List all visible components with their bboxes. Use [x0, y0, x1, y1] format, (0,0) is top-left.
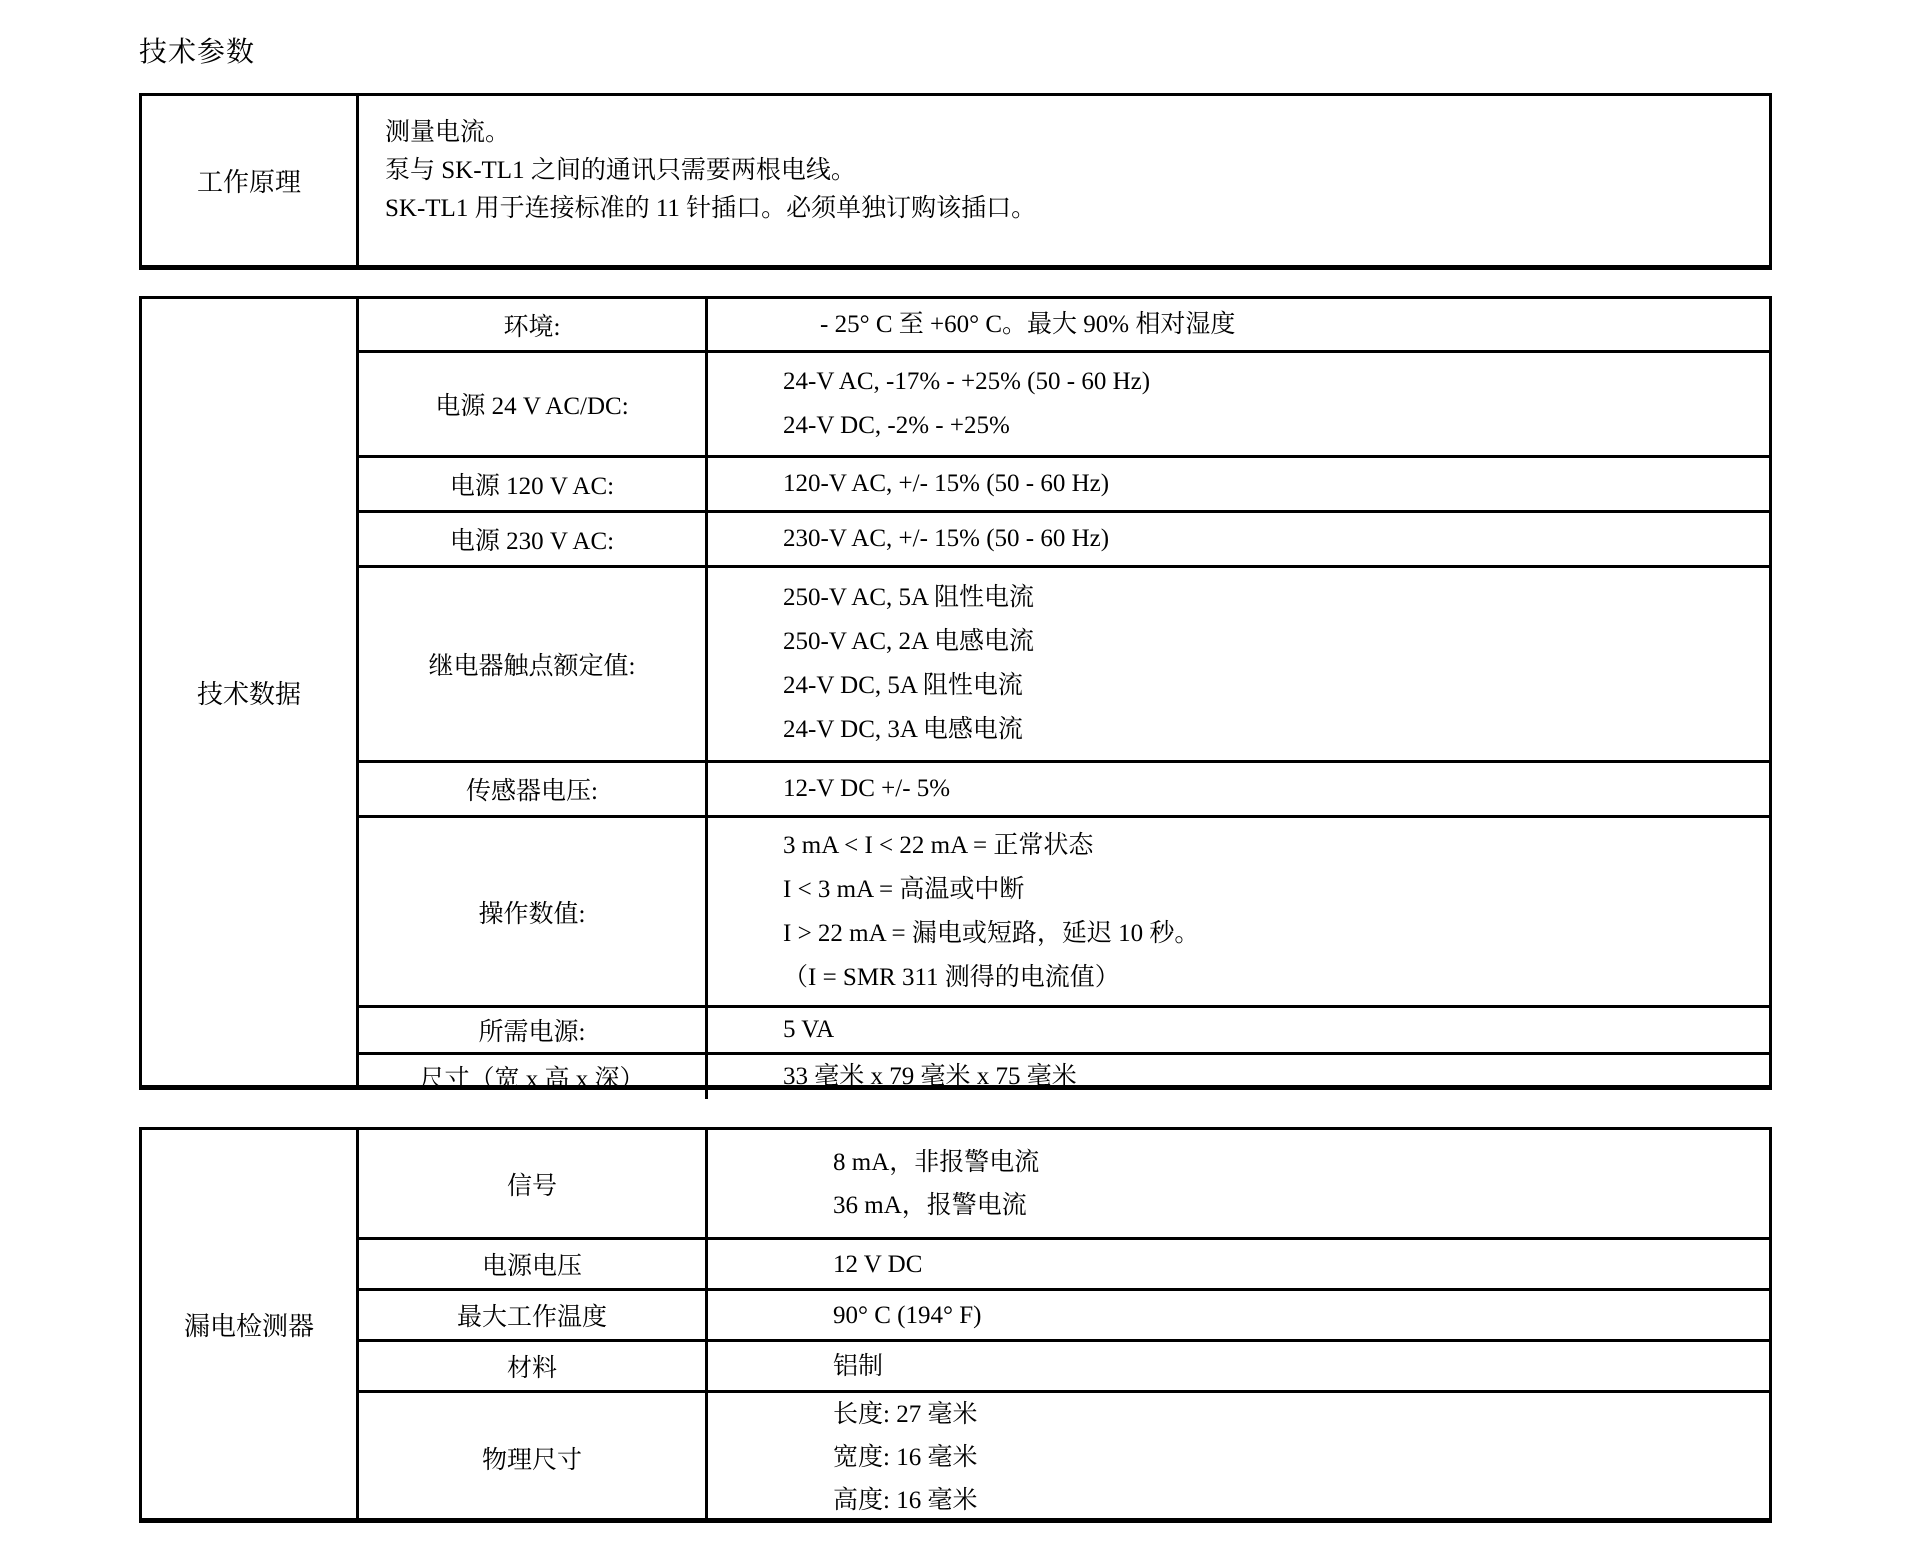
value-line: 高度: 16 毫米	[833, 1479, 1769, 1522]
table-row: 传感器电压:12-V DC +/- 5%	[359, 760, 1769, 815]
param-label: 材料	[359, 1342, 708, 1390]
leak-detector-table: 漏电检测器 信号8 mA，非报警电流36 mA，报警电流电源电压12 V DC最…	[139, 1127, 1772, 1523]
value-line: 230-V AC, +/- 15% (50 - 60 Hz)	[783, 517, 1769, 561]
param-value: 铝制	[708, 1342, 1769, 1390]
param-label: 环境:	[359, 299, 708, 350]
table-row: 环境:- 25° C 至 +60° C。最大 90% 相对湿度	[359, 299, 1769, 350]
value-line: 宽度: 16 毫米	[833, 1436, 1769, 1479]
param-value: 24-V AC, -17% - +25% (50 - 60 Hz)24-V DC…	[708, 353, 1769, 455]
param-label: 操作数值:	[359, 818, 708, 1005]
value-line: 24-V DC, -2% - +25%	[783, 404, 1769, 448]
table-row: 所需电源:5 VA	[359, 1005, 1769, 1052]
table-row: 材料铝制	[359, 1339, 1769, 1390]
param-label: 电源 120 V AC:	[359, 458, 708, 510]
value-line: 24-V DC, 5A 阻性电流	[783, 664, 1769, 708]
param-value: 长度: 27 毫米宽度: 16 毫米高度: 16 毫米	[708, 1393, 1769, 1522]
value-line: 12 V DC	[833, 1243, 1769, 1286]
table-rows: 信号8 mA，非报警电流36 mA，报警电流电源电压12 V DC最大工作温度9…	[359, 1130, 1769, 1518]
param-value: 90° C (194° F)	[708, 1291, 1769, 1339]
value-line: 8 mA，非报警电流	[833, 1141, 1769, 1184]
param-label: 物理尺寸	[359, 1393, 708, 1522]
value-line: 33 毫米 x 79 毫米 x 75 毫米	[783, 1055, 1769, 1099]
value-line: 250-V AC, 2A 电感电流	[783, 620, 1769, 664]
param-value: 12 V DC	[708, 1240, 1769, 1288]
param-label: 电源电压	[359, 1240, 708, 1288]
value-line: I < 3 mA = 高温或中断	[783, 868, 1769, 912]
table-row: 电源 120 V AC:120-V AC, +/- 15% (50 - 60 H…	[359, 455, 1769, 510]
value-line: 90° C (194° F)	[833, 1294, 1769, 1337]
table-row: 尺寸（宽 x 高 x 深）33 毫米 x 79 毫米 x 75 毫米	[359, 1052, 1769, 1099]
param-value: 8 mA，非报警电流36 mA，报警电流	[708, 1130, 1769, 1237]
principle-text-line: 泵与 SK-TL1 之间的通讯只需要两根电线。	[385, 152, 1759, 190]
working-principle-text: 测量电流。泵与 SK-TL1 之间的通讯只需要两根电线。SK-TL1 用于连接标…	[359, 96, 1769, 265]
principle-text-line: 测量电流。	[385, 114, 1759, 152]
value-line: 铝制	[833, 1345, 1769, 1388]
value-line: 12-V DC +/- 5%	[783, 767, 1769, 811]
table-row: 继电器触点额定值:250-V AC, 5A 阻性电流250-V AC, 2A 电…	[359, 565, 1769, 760]
page-title: 技术参数	[139, 30, 255, 70]
param-value: 3 mA < I < 22 mA = 正常状态I < 3 mA = 高温或中断I…	[708, 818, 1769, 1005]
param-label: 电源 24 V AC/DC:	[359, 353, 708, 455]
principle-text-line: SK-TL1 用于连接标准的 11 针插口。必须单独订购该插口。	[385, 190, 1759, 228]
table-row: 操作数值:3 mA < I < 22 mA = 正常状态I < 3 mA = 高…	[359, 815, 1769, 1005]
param-value: 230-V AC, +/- 15% (50 - 60 Hz)	[708, 513, 1769, 565]
table-rows: 环境:- 25° C 至 +60° C。最大 90% 相对湿度电源 24 V A…	[359, 299, 1769, 1085]
param-label: 所需电源:	[359, 1008, 708, 1052]
param-value: 5 VA	[708, 1008, 1769, 1052]
param-label: 信号	[359, 1130, 708, 1237]
table-row: 电源电压12 V DC	[359, 1237, 1769, 1288]
value-line: 36 mA，报警电流	[833, 1184, 1769, 1227]
value-line: 5 VA	[783, 1008, 1769, 1052]
param-label: 传感器电压:	[359, 763, 708, 815]
param-label: 电源 230 V AC:	[359, 513, 708, 565]
technical-data-table: 技术数据 环境:- 25° C 至 +60° C。最大 90% 相对湿度电源 2…	[139, 296, 1772, 1090]
param-value: 33 毫米 x 79 毫米 x 75 毫米	[708, 1055, 1769, 1099]
value-line: 24-V AC, -17% - +25% (50 - 60 Hz)	[783, 360, 1769, 404]
param-value: - 25° C 至 +60° C。最大 90% 相对湿度	[708, 299, 1769, 350]
value-line: 24-V DC, 3A 电感电流	[783, 708, 1769, 752]
table-side-label: 技术数据	[142, 299, 359, 1085]
param-value: 12-V DC +/- 5%	[708, 763, 1769, 815]
table-row: 物理尺寸长度: 27 毫米宽度: 16 毫米高度: 16 毫米	[359, 1390, 1769, 1522]
param-label: 继电器触点额定值:	[359, 568, 708, 760]
value-line: 长度: 27 毫米	[833, 1393, 1769, 1436]
param-value: 250-V AC, 5A 阻性电流250-V AC, 2A 电感电流24-V D…	[708, 568, 1769, 760]
table-row: 电源 230 V AC:230-V AC, +/- 15% (50 - 60 H…	[359, 510, 1769, 565]
value-line: - 25° C 至 +60° C。最大 90% 相对湿度	[820, 303, 1769, 347]
value-line: 250-V AC, 5A 阻性电流	[783, 576, 1769, 620]
param-label: 尺寸（宽 x 高 x 深）	[359, 1055, 708, 1099]
table-row: 最大工作温度90° C (194° F)	[359, 1288, 1769, 1339]
working-principle-table: 工作原理 测量电流。泵与 SK-TL1 之间的通讯只需要两根电线。SK-TL1 …	[139, 93, 1772, 270]
value-line: 120-V AC, +/- 15% (50 - 60 Hz)	[783, 462, 1769, 506]
value-line: 3 mA < I < 22 mA = 正常状态	[783, 824, 1769, 868]
param-value: 120-V AC, +/- 15% (50 - 60 Hz)	[708, 458, 1769, 510]
table-side-label: 漏电检测器	[142, 1130, 359, 1518]
value-line: I > 22 mA = 漏电或短路，延迟 10 秒。	[783, 912, 1769, 956]
table-side-label: 工作原理	[142, 96, 359, 265]
table-row: 电源 24 V AC/DC:24-V AC, -17% - +25% (50 -…	[359, 350, 1769, 455]
value-line: （I = SMR 311 测得的电流值）	[783, 956, 1769, 1000]
table-row: 信号8 mA，非报警电流36 mA，报警电流	[359, 1130, 1769, 1237]
param-label: 最大工作温度	[359, 1291, 708, 1339]
